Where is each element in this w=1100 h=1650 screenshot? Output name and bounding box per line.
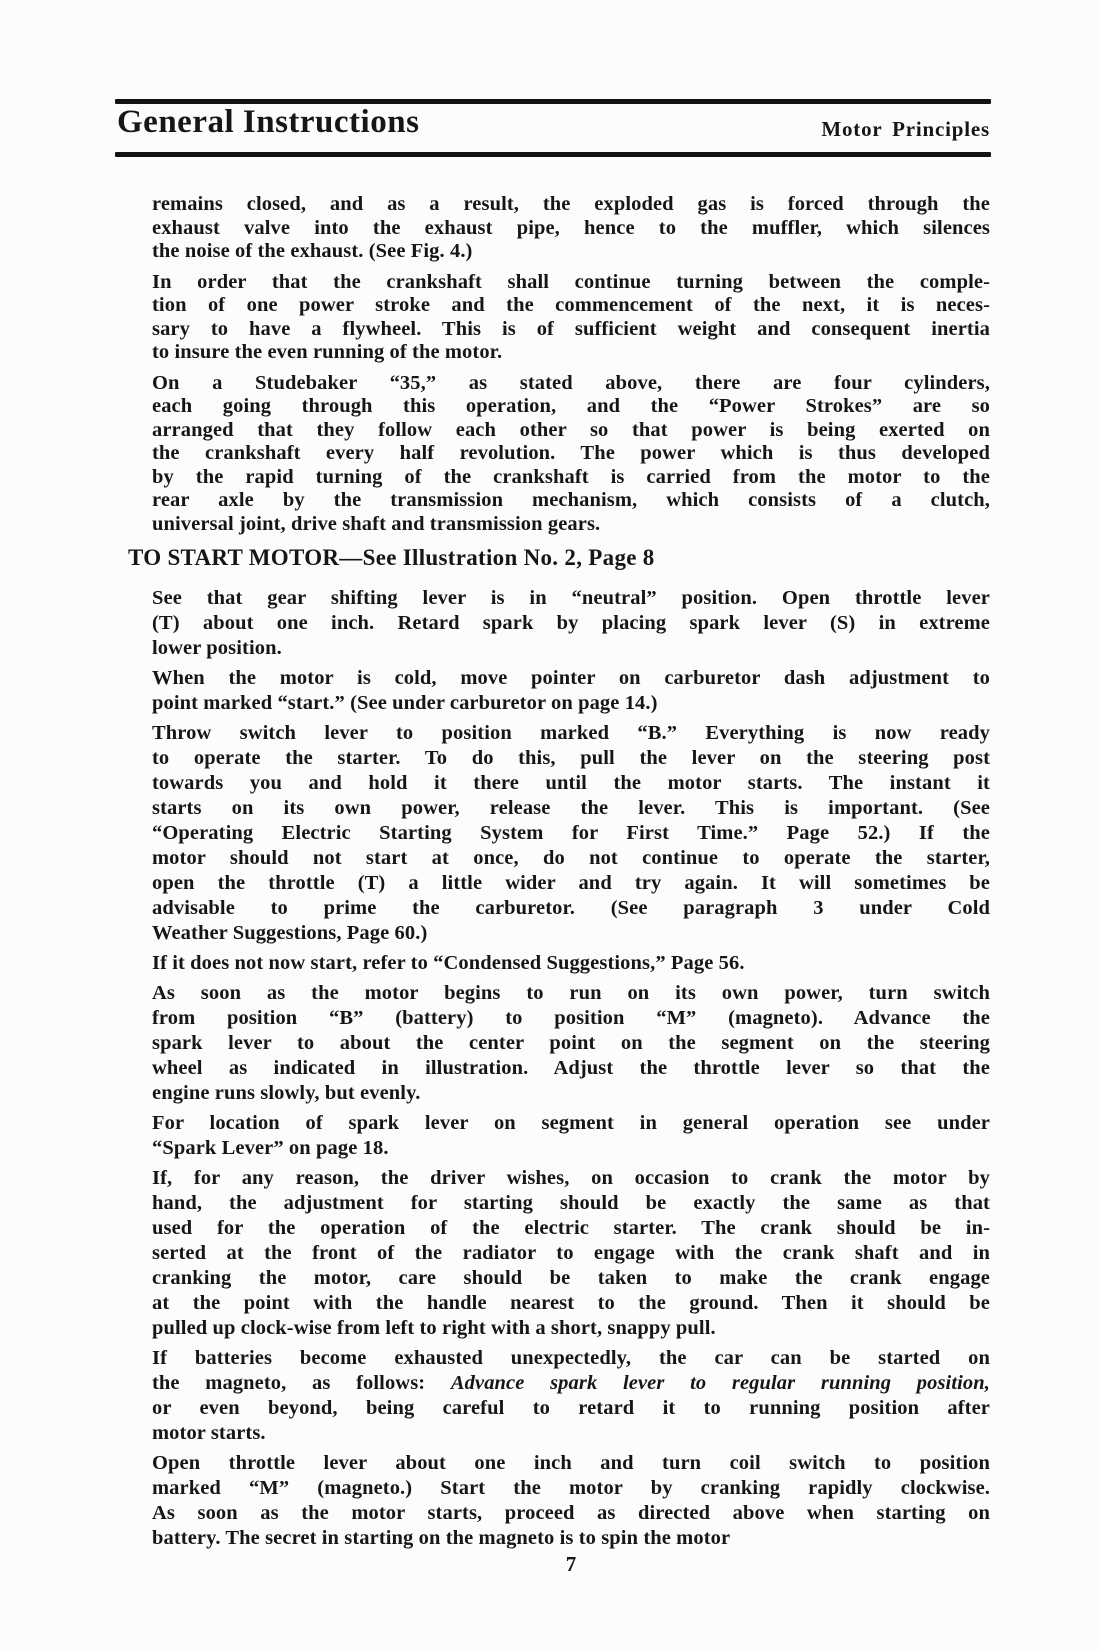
header-rule-bottom xyxy=(115,152,991,157)
text-line: used for the operation of the electric s… xyxy=(152,1216,990,1241)
text-line: motor should not start at once, do not c… xyxy=(152,846,990,871)
text-segment: motor should not start at once, do not c… xyxy=(152,847,990,869)
text-line: Open throttle lever about one inch and t… xyxy=(152,1451,990,1476)
text-segment: starts on its own power, release the lev… xyxy=(152,797,990,819)
text-segment: spark lever to about the center point on… xyxy=(152,1032,990,1054)
text-segment: See that gear shifting lever is in “neut… xyxy=(152,587,990,609)
text-line: each going through this operation, and t… xyxy=(152,395,990,419)
text-line: serted at the front of the radiator to e… xyxy=(152,1241,990,1266)
text-line: to insure the even running of the motor. xyxy=(152,341,990,365)
text-line: or even beyond, being careful to retard … xyxy=(152,1396,990,1421)
text-line: the magneto, as follows: Advance spark l… xyxy=(152,1371,990,1396)
text-segment: Open throttle lever about one inch and t… xyxy=(152,1452,990,1474)
text-line: arranged that they follow each other so … xyxy=(152,419,990,443)
text-segment: exhaust valve into the exhaust pipe, hen… xyxy=(152,217,990,239)
text-line: sary to have a flywheel. This is of suff… xyxy=(152,318,990,342)
text-line: to operate the starter. To do this, pull… xyxy=(152,746,990,771)
text-segment: from position “B” (battery) to position … xyxy=(152,1007,990,1029)
text-line: at the point with the handle nearest to … xyxy=(152,1291,990,1316)
paragraph: See that gear shifting lever is in “neut… xyxy=(152,586,990,661)
paragraph: Open throttle lever about one inch and t… xyxy=(152,1451,990,1551)
text-line: motor starts. xyxy=(152,1421,990,1446)
text-segment: marked “M” (magneto.) Start the motor by… xyxy=(152,1477,990,1499)
text-line: engine runs slowly, but evenly. xyxy=(152,1081,990,1106)
text-segment: motor starts. xyxy=(152,1422,266,1444)
text-segment: hand, the adjustment for starting should… xyxy=(152,1192,990,1214)
paragraph: As soon as the motor begins to run on it… xyxy=(152,981,990,1106)
text-line: battery. The secret in starting on the m… xyxy=(152,1526,990,1551)
text-segment: pulled up clock-wise from left to right … xyxy=(152,1317,716,1339)
text-line: exhaust valve into the exhaust pipe, hen… xyxy=(152,217,990,241)
text-segment: point marked “start.” (See under carbure… xyxy=(152,692,658,714)
emphasized-text: Advance spark lever to regular running p… xyxy=(451,1372,990,1394)
text-line: As soon as the motor begins to run on it… xyxy=(152,981,990,1006)
text-line: by the rapid turning of the crankshaft i… xyxy=(152,466,990,490)
paragraph: In order that the crankshaft shall conti… xyxy=(152,271,990,365)
paragraph: Throw switch lever to position marked “B… xyxy=(152,721,990,946)
text-line: towards you and hold it there until the … xyxy=(152,771,990,796)
text-segment: universal joint, drive shaft and transmi… xyxy=(152,513,600,535)
text-segment: lower position. xyxy=(152,637,282,659)
text-segment: rear axle by the transmission mechanism,… xyxy=(152,489,990,511)
text-segment: On a Studebaker “35,” as stated above, t… xyxy=(152,372,990,394)
text-line: marked “M” (magneto.) Start the motor by… xyxy=(152,1476,990,1501)
text-line: remains closed, and as a result, the exp… xyxy=(152,193,990,217)
text-segment: If it does not now start, refer to “Cond… xyxy=(152,952,745,974)
text-line: spark lever to about the center point on… xyxy=(152,1031,990,1056)
text-segment: sary to have a flywheel. This is of suff… xyxy=(152,318,990,340)
paragraph: If batteries become exhausted unexpected… xyxy=(152,1346,990,1446)
text-line: As soon as the motor starts, proceed as … xyxy=(152,1501,990,1526)
section-label: Motor Principles xyxy=(821,117,990,142)
text-line: “Operating Electric Starting System for … xyxy=(152,821,990,846)
text-segment: to operate the starter. To do this, pull… xyxy=(152,747,990,769)
text-line: rear axle by the transmission mechanism,… xyxy=(152,489,990,513)
text-segment: each going through this operation, and t… xyxy=(152,395,990,417)
paragraph: When the motor is cold, move pointer on … xyxy=(152,666,990,716)
text-segment: open the throttle (T) a little wider and… xyxy=(152,872,990,894)
text-segment: For location of spark lever on segment i… xyxy=(152,1112,990,1134)
text-segment: at the point with the handle nearest to … xyxy=(152,1292,990,1314)
text-line: If batteries become exhausted unexpected… xyxy=(152,1346,990,1371)
text-segment: If, for any reason, the driver wishes, o… xyxy=(152,1167,990,1189)
text-line: the noise of the exhaust. (See Fig. 4.) xyxy=(152,240,990,264)
text-line: advisable to prime the carburetor. (See … xyxy=(152,896,990,921)
text-segment: Weather Suggestions, Page 60.) xyxy=(152,922,427,944)
text-line: universal joint, drive shaft and transmi… xyxy=(152,513,990,537)
text-line: Weather Suggestions, Page 60.) xyxy=(152,921,990,946)
text-segment: tion of one power stroke and the commenc… xyxy=(152,294,990,316)
page-number: 7 xyxy=(152,1552,990,1577)
text-segment: When the motor is cold, move pointer on … xyxy=(152,667,990,689)
text-segment: wheel as indicated in illustration. Adju… xyxy=(152,1057,990,1079)
text-segment: advisable to prime the carburetor. (See … xyxy=(152,897,990,919)
text-line: point marked “start.” (See under carbure… xyxy=(152,691,990,716)
text-segment: In order that the crankshaft shall conti… xyxy=(152,271,990,293)
text-segment: used for the operation of the electric s… xyxy=(152,1217,990,1239)
text-segment: to insure the even running of the motor. xyxy=(152,341,502,363)
text-line: (T) about one inch. Retard spark by plac… xyxy=(152,611,990,636)
text-segment: the crankshaft every half revolution. Th… xyxy=(152,442,990,464)
text-line: See that gear shifting lever is in “neut… xyxy=(152,586,990,611)
text-segment: engine runs slowly, but evenly. xyxy=(152,1082,421,1104)
text-segment: “Operating Electric Starting System for … xyxy=(152,822,990,844)
text-line: from position “B” (battery) to position … xyxy=(152,1006,990,1031)
text-line: tion of one power stroke and the commenc… xyxy=(152,294,990,318)
text-line: On a Studebaker “35,” as stated above, t… xyxy=(152,372,990,396)
text-line: “Spark Lever” on page 18. xyxy=(152,1136,990,1161)
text-segment: cranking the motor, care should be taken… xyxy=(152,1267,990,1289)
text-segment: As soon as the motor begins to run on it… xyxy=(152,982,990,1004)
paragraph: For location of spark lever on segment i… xyxy=(152,1111,990,1161)
text-line: For location of spark lever on segment i… xyxy=(152,1111,990,1136)
text-line: pulled up clock-wise from left to right … xyxy=(152,1316,990,1341)
text-line: lower position. xyxy=(152,636,990,661)
text-segment: remains closed, and as a result, the exp… xyxy=(152,193,990,215)
text-segment: As soon as the motor starts, proceed as … xyxy=(152,1502,990,1524)
text-line: hand, the adjustment for starting should… xyxy=(152,1191,990,1216)
text-segment: “Spark Lever” on page 18. xyxy=(152,1137,389,1159)
paragraph: On a Studebaker “35,” as stated above, t… xyxy=(152,372,990,537)
text-line: If, for any reason, the driver wishes, o… xyxy=(152,1166,990,1191)
page-title: General Instructions xyxy=(117,104,419,141)
text-segment: If batteries become exhausted unexpected… xyxy=(152,1347,990,1369)
paragraph: remains closed, and as a result, the exp… xyxy=(152,193,990,264)
text-segment: the noise of the exhaust. (See Fig. 4.) xyxy=(152,240,472,262)
text-segment: by the rapid turning of the crankshaft i… xyxy=(152,466,990,488)
text-segment: Throw switch lever to position marked “B… xyxy=(152,722,990,744)
text-segment: serted at the front of the radiator to e… xyxy=(152,1242,990,1264)
text-segment: towards you and hold it there until the … xyxy=(152,772,990,794)
text-line: Throw switch lever to position marked “B… xyxy=(152,721,990,746)
text-line: the crankshaft every half revolution. Th… xyxy=(152,442,990,466)
text-line: If it does not now start, refer to “Cond… xyxy=(152,951,990,976)
text-line: cranking the motor, care should be taken… xyxy=(152,1266,990,1291)
section-heading: TO START MOTOR—See Illustration No. 2, P… xyxy=(128,546,990,570)
text-line: open the throttle (T) a little wider and… xyxy=(152,871,990,896)
text-segment: (T) about one inch. Retard spark by plac… xyxy=(152,612,990,634)
text-line: When the motor is cold, move pointer on … xyxy=(152,666,990,691)
paragraph: If, for any reason, the driver wishes, o… xyxy=(152,1166,990,1341)
text-segment: battery. The secret in starting on the m… xyxy=(152,1527,730,1549)
text-line: starts on its own power, release the lev… xyxy=(152,796,990,821)
text-segment: arranged that they follow each other so … xyxy=(152,419,990,441)
manual-page: General Instructions Motor Principles re… xyxy=(0,0,1100,1650)
text-segment: or even beyond, being careful to retard … xyxy=(152,1397,990,1419)
paragraph: If it does not now start, refer to “Cond… xyxy=(152,951,990,976)
document-body: remains closed, and as a result, the exp… xyxy=(152,193,990,1556)
text-segment: the magneto, as follows: xyxy=(152,1372,451,1394)
text-line: In order that the crankshaft shall conti… xyxy=(152,271,990,295)
text-line: wheel as indicated in illustration. Adju… xyxy=(152,1056,990,1081)
